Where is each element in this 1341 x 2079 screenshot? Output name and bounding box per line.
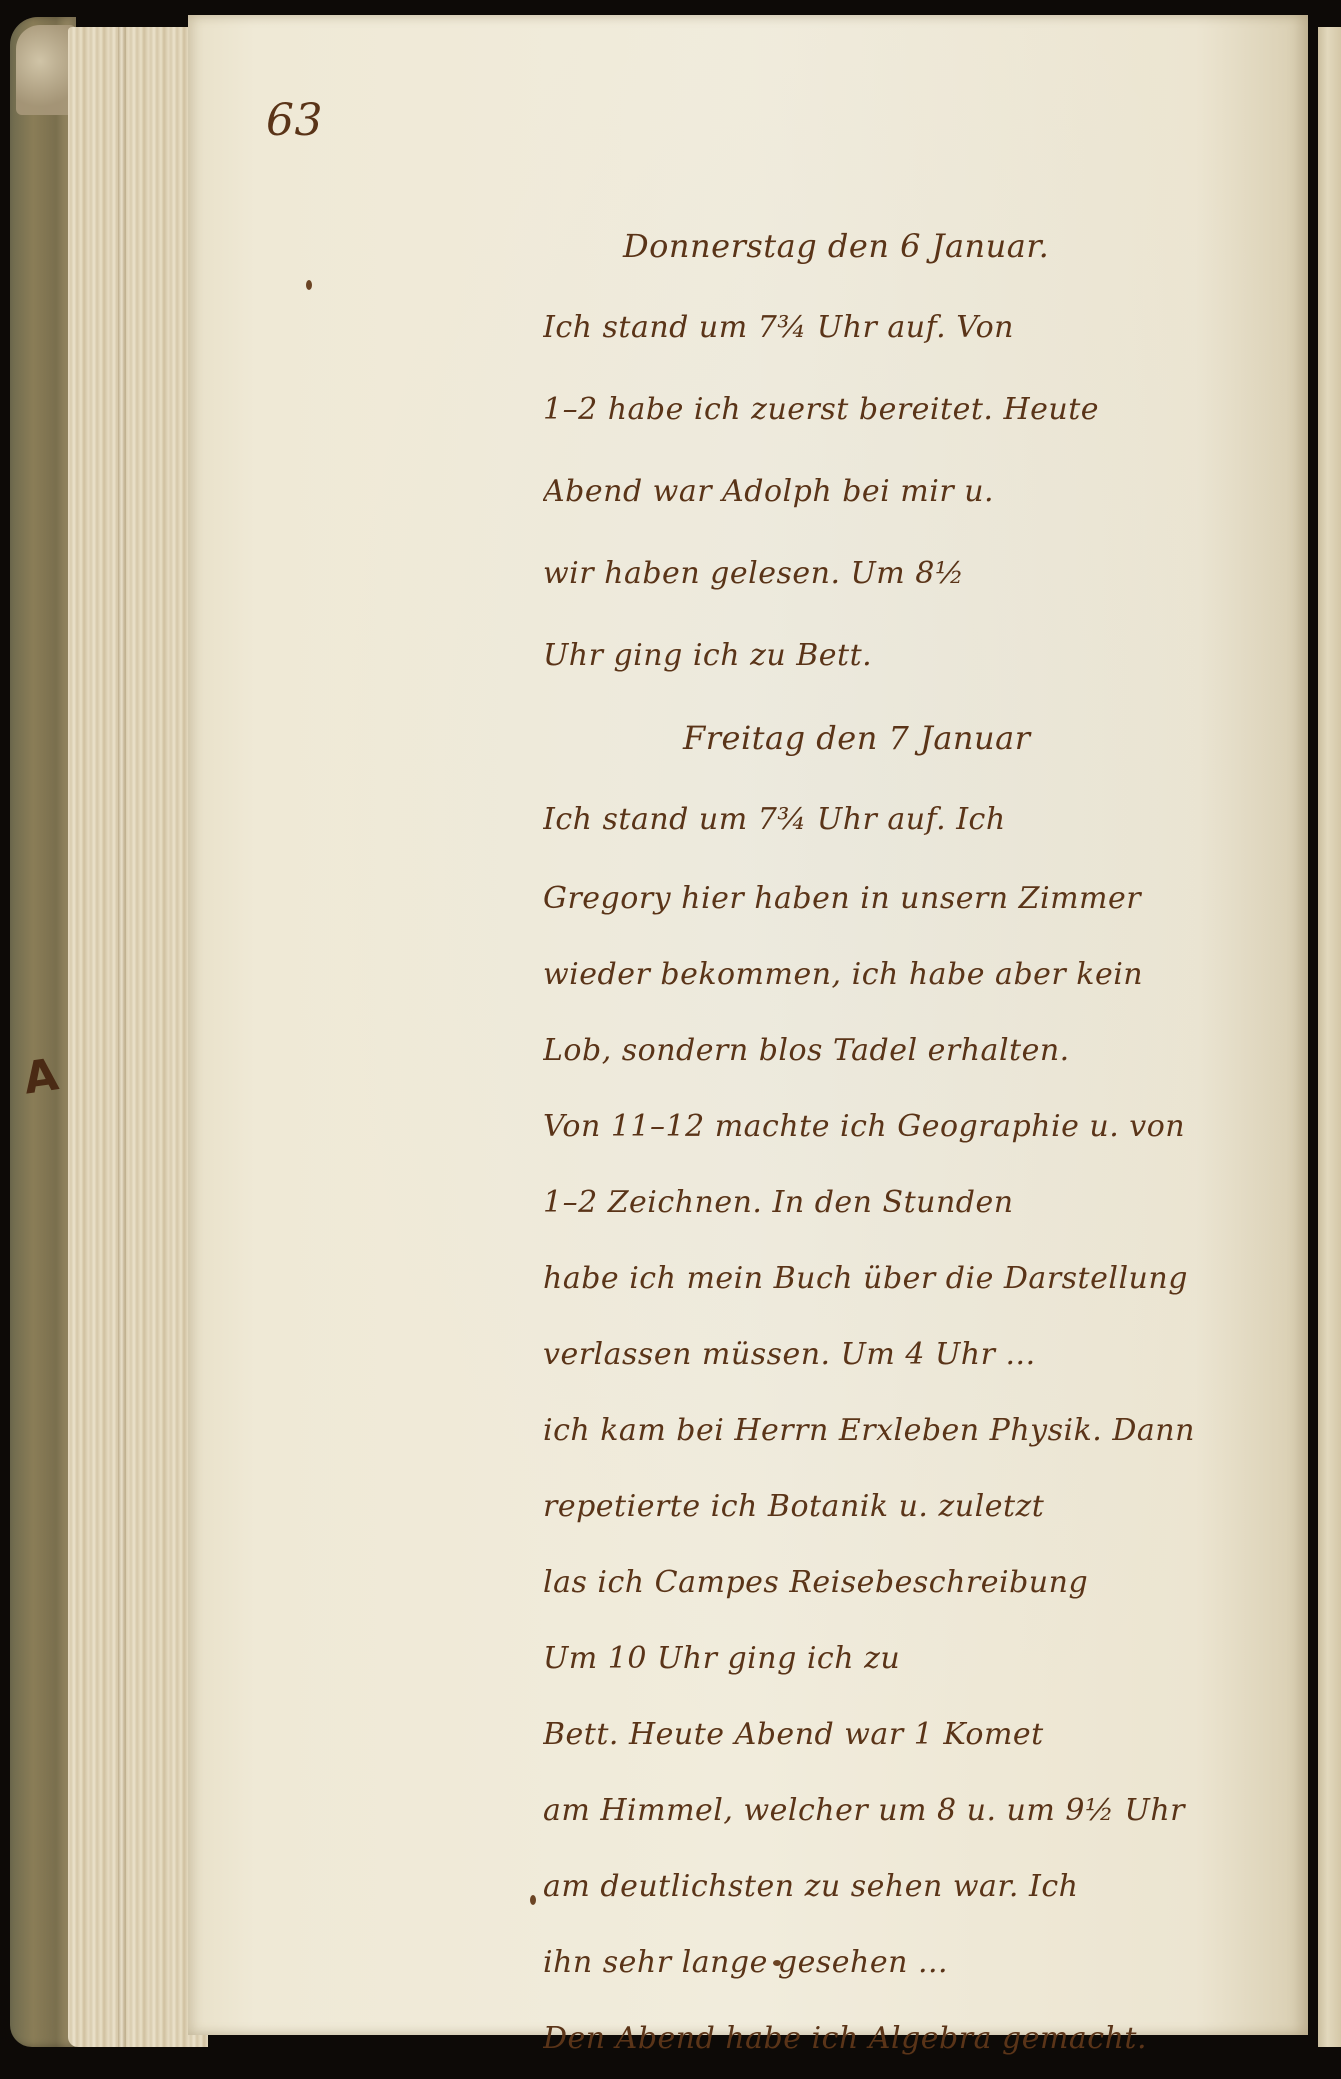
text-line: ihn sehr lange gesehen ... [543,1925,1283,2001]
text-line: Den Abend habe ich Algebra gemacht. [543,2001,1283,2077]
ink-speck [530,1895,536,1905]
diary-text: Donnerstag den 6 Januar. Ich stand um 7¾… [543,205,1283,2077]
book-cover: A [10,17,76,2047]
text-line: am Himmel, welcher um 8 u. um 9½ Uhr [543,1773,1283,1849]
text-line: Ich stand um 7¾ Uhr auf. Ich [543,779,1283,861]
entry-heading: Freitag den 7 Januar [543,697,1283,779]
text-line: Ich stand um 7¾ Uhr auf. Von [543,287,1283,369]
entry-heading: Donnerstag den 6 Januar. [543,205,1283,287]
next-page-edge [1318,27,1341,2047]
text-line: Uhr ging ich zu Bett. [543,615,1283,697]
text-line: ich kam bei Herrn Erxleben Physik. Dann [543,1393,1283,1469]
ink-speck [306,280,312,290]
text-line: Gregory hier haben in unsern Zimmer [543,861,1283,937]
text-line: verlassen müssen. Um 4 Uhr ... [543,1317,1283,1393]
text-line: wir haben gelesen. Um 8½ [543,533,1283,615]
text-line: repetierte ich Botanik u. zuletzt [543,1469,1283,1545]
text-line: 1–2 habe ich zuerst bereitet. Heute [543,369,1283,451]
text-line: habe ich mein Buch über die Darstellung [543,1241,1283,1317]
text-line: wieder bekommen, ich habe aber kein [543,937,1283,1013]
text-line: Abend war Adolph bei mir u. [543,451,1283,533]
text-line: las ich Campes Reisebeschreibung [543,1545,1283,1621]
text-line: Um 10 Uhr ging ich zu [543,1621,1283,1697]
manuscript-page: 63 Donnerstag den 6 Januar. Ich stand um… [188,15,1308,2035]
text-line: Bett. Heute Abend war 1 Komet [543,1697,1283,1773]
page-number: 63 [266,95,323,146]
worn-cover-corner [16,25,76,115]
spine-mark: A [20,1045,68,1110]
ink-speck [773,1960,781,1966]
text-line: Von 11–12 machte ich Geographie u. von [543,1089,1283,1165]
page-stack-edges [68,27,208,2047]
text-line: Lob, sondern blos Tadel erhalten. [543,1013,1283,1089]
text-line: 1–2 Zeichnen. In den Stunden [543,1165,1283,1241]
text-line: am deutlichsten zu sehen war. Ich [543,1849,1283,1925]
